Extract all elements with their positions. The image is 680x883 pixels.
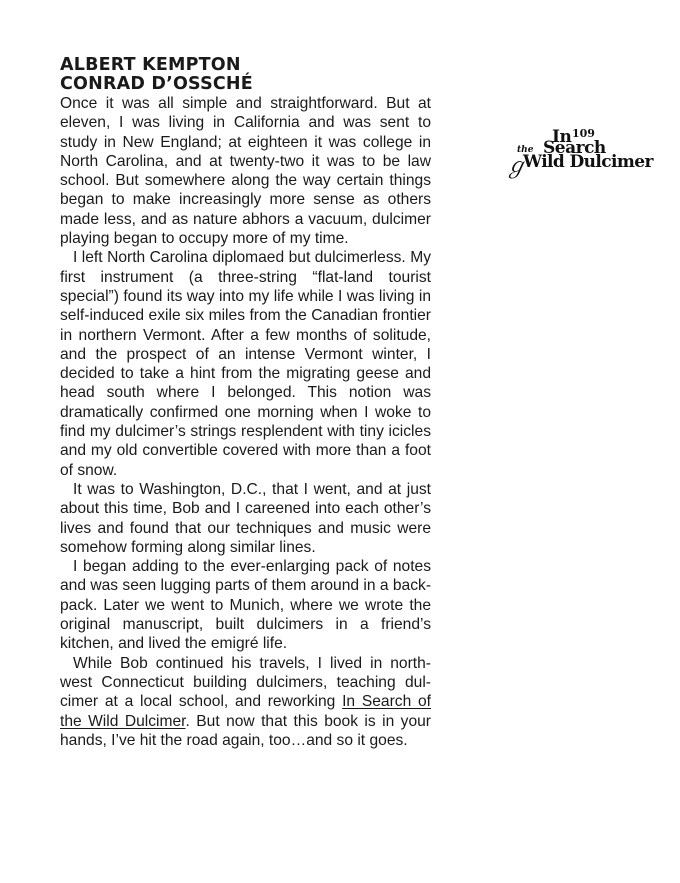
author-name-1: ALBERT KEMPTON [60,56,432,75]
paragraph-1: Once it was all simple and straightforwa… [60,94,431,248]
logo-words-wild-dulcimer: Wild Dulcimer [523,154,653,170]
author-name-2: CONRAD D’OSSCHÉ [60,75,432,94]
paragraph-3: It was to Washington, D.C., that I went,… [60,480,431,557]
paragraph-4: I began adding to the ever-enlarging pac… [60,557,431,653]
body-text: Once it was all simple and straightforwa… [60,94,431,750]
running-head-logo: ℊ In 109 Search the Wild Dulcimer [505,127,655,177]
book-page: ALBERT KEMPTON CONRAD D’OSSCHÉ ℊ In 109 … [0,0,680,883]
paragraph-5: While Bob continued his travels, I lived… [60,654,431,750]
author-header: ALBERT KEMPTON CONRAD D’OSSCHÉ [60,56,432,94]
paragraph-2: I left North Carolina diplomaed but dulc… [60,248,431,480]
